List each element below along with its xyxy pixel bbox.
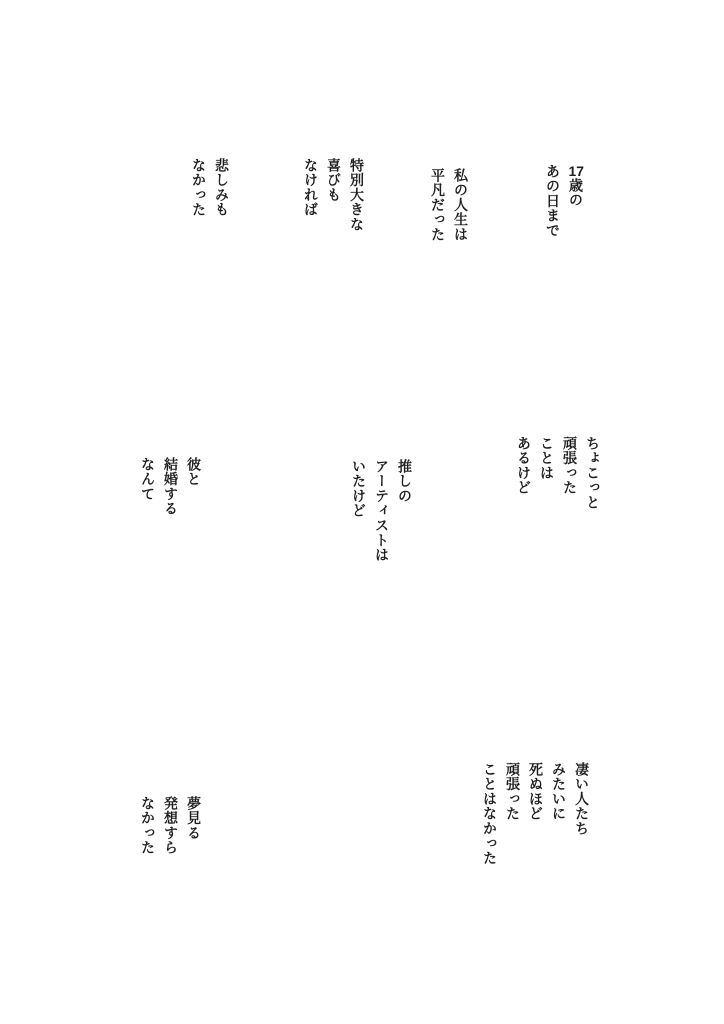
verse-line: 夢見る (187, 796, 201, 855)
verse-line: 特別大きな (350, 158, 364, 232)
verse-line: 私の人生は (454, 168, 468, 242)
verse-line: 17歳の (569, 164, 583, 238)
verse-line: 頑張った (563, 436, 577, 510)
verse-5: ちょこっと 頑張った ことは あるけど (517, 436, 600, 510)
verse-8: 凄い人たち みたいに 死ぬほど 頑張った ことはなかった (483, 762, 589, 866)
tate-chu-yoko-digits: 17 (568, 164, 584, 178)
verse-line: いたけど (352, 459, 366, 563)
verse-7: 彼と 結婚する なんて (141, 457, 201, 516)
verse-line: 死ぬほど (529, 762, 543, 866)
verse-6: 推しの アーティストは いたけど (352, 459, 412, 563)
verse-line: 推しの (398, 459, 412, 563)
verse-line: ことは (540, 436, 554, 510)
verse-9: 夢見る 発想すら なかった (141, 796, 201, 855)
verse-line: あの日まで (546, 164, 560, 238)
verse-line: ちょこっと (586, 436, 600, 510)
verse-line: なんて (141, 457, 155, 516)
verse-line: みたいに (552, 762, 566, 866)
verse-line: 発想すら (164, 796, 178, 855)
verse-line: 彼と (187, 457, 201, 516)
verse-3: 特別大きな 喜びも なければ (304, 158, 364, 232)
verse-line: なかった (141, 796, 155, 855)
verse-line: 平凡だった (431, 168, 445, 242)
verse-line: 頑張った (506, 762, 520, 866)
verse-line: なければ (304, 158, 318, 232)
page: 17歳の あの日まで 私の人生は 平凡だった 特別大きな 喜びも なければ 悲し… (0, 0, 724, 1024)
verse-line: ことはなかった (483, 762, 497, 866)
verse-1: 17歳の あの日まで (546, 164, 583, 238)
verse-2: 私の人生は 平凡だった (431, 168, 468, 242)
verse-line: 結婚する (164, 457, 178, 516)
verse-line: 喜びも (327, 158, 341, 232)
verse-line: 凄い人たち (575, 762, 589, 866)
verse-4: 悲しみも なかった (192, 158, 229, 217)
verse-line: 悲しみも (215, 158, 229, 217)
verse-line: アーティストは (375, 459, 389, 563)
verse-line: あるけど (517, 436, 531, 510)
verse-line: なかった (192, 158, 206, 217)
